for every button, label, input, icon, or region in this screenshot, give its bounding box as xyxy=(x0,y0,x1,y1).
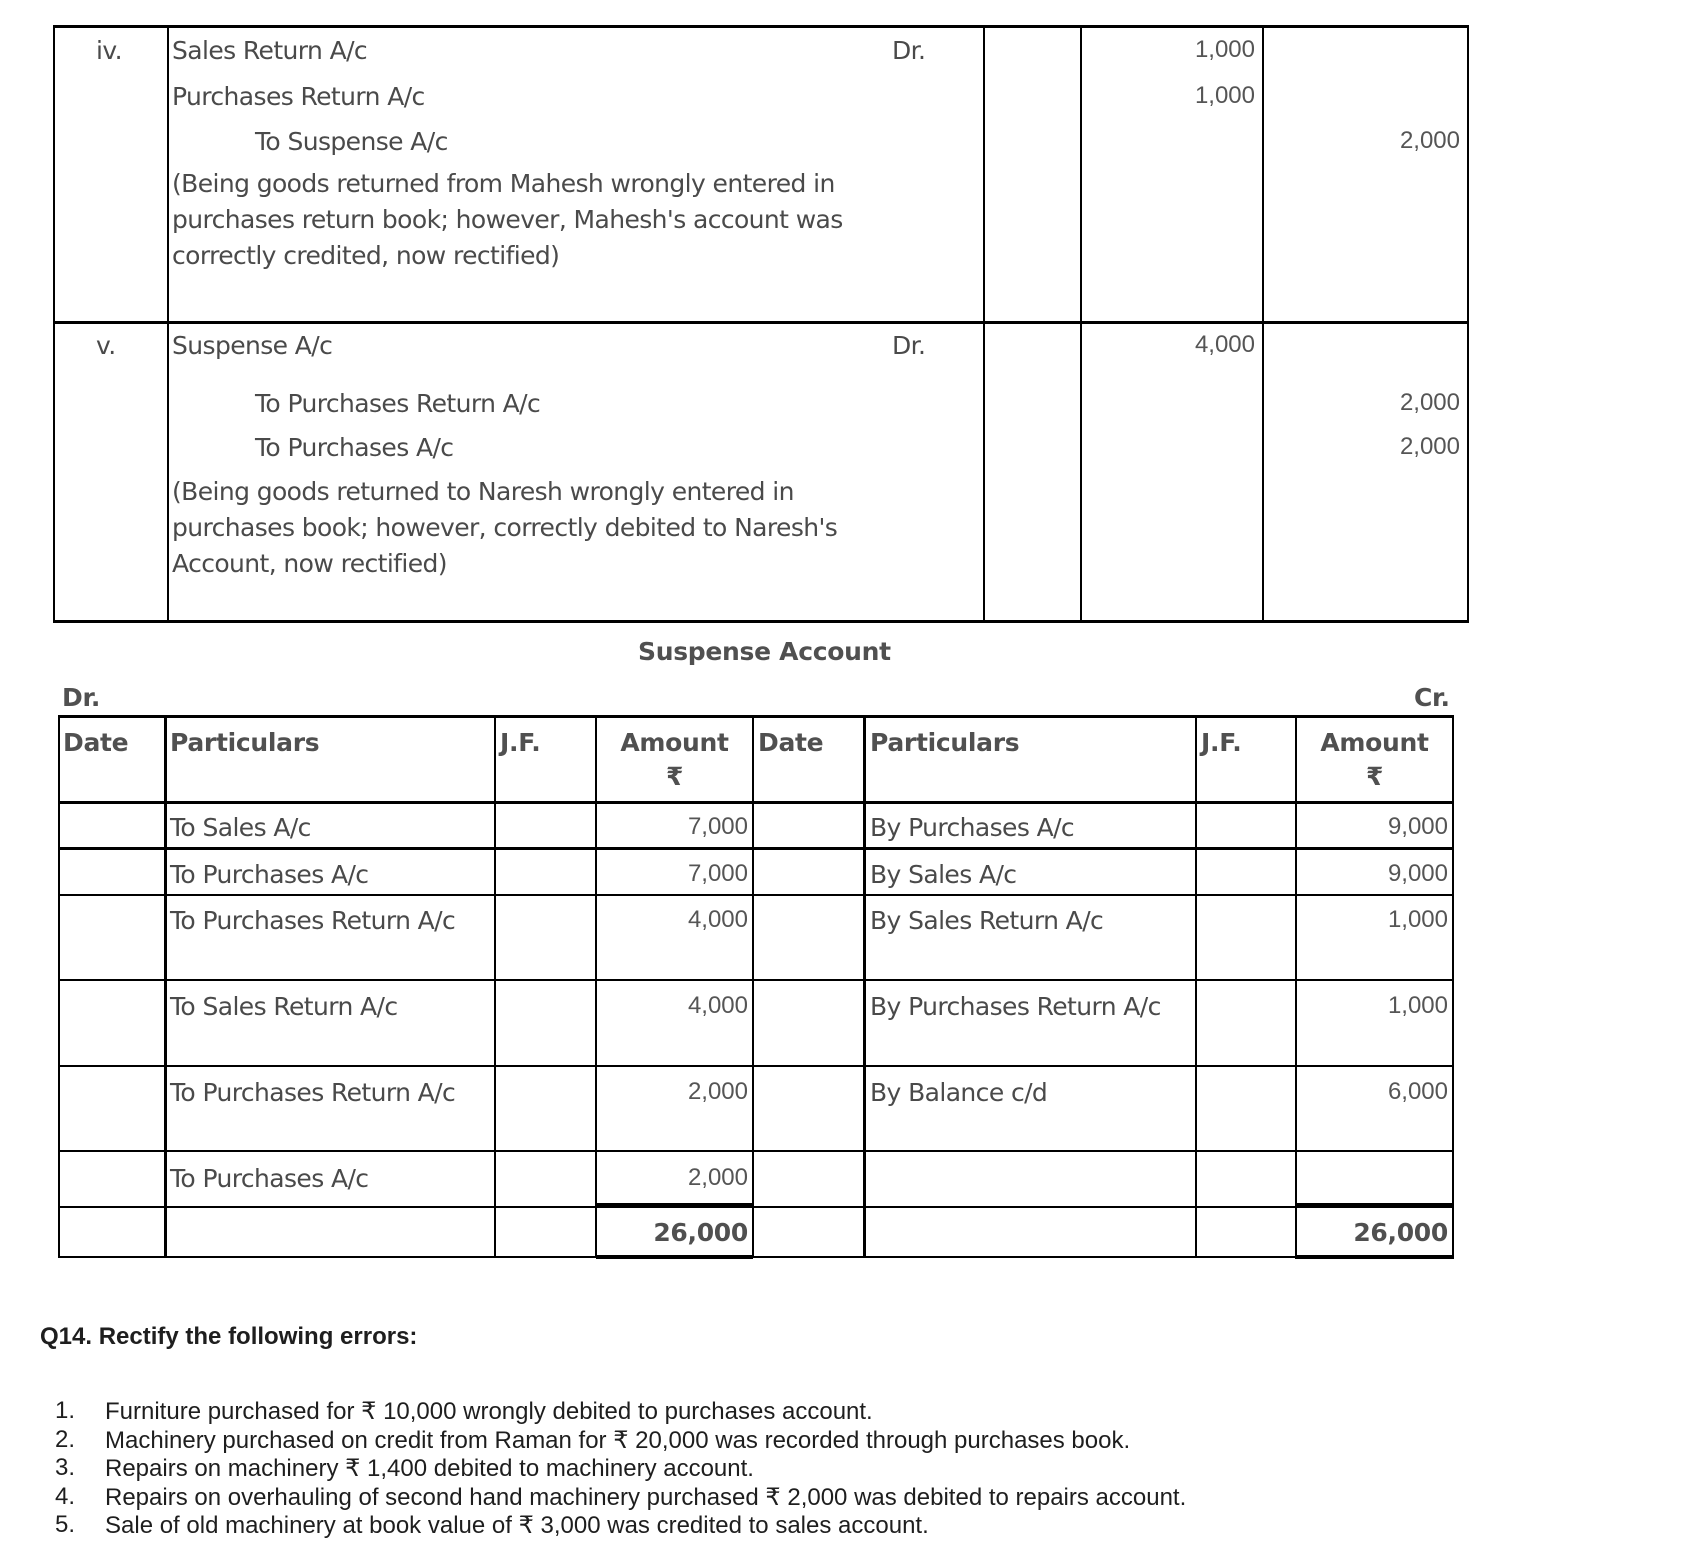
credit-particulars: By Purchases Return A/c xyxy=(870,992,1161,1021)
credit-particulars: By Sales A/c xyxy=(870,860,1016,889)
header-particulars-dr: Particulars xyxy=(170,728,319,757)
list-item: Repairs on machinery ₹ 1,400 debited to … xyxy=(105,1454,754,1483)
header-amount-cr: Amount xyxy=(1297,728,1452,757)
dr-side-label: Dr. xyxy=(62,683,100,712)
credit-amount: 6,000 xyxy=(1300,1078,1448,1106)
debit-account: Suspense A/c xyxy=(172,331,332,360)
header-particulars-cr: Particulars xyxy=(870,728,1019,757)
credit-amount: 1,000 xyxy=(1300,992,1448,1020)
debit-particulars: To Purchases A/c xyxy=(170,860,368,889)
debit-amount: 4,000 xyxy=(600,906,748,934)
debit-particulars: To Purchases Return A/c xyxy=(170,906,455,935)
ledger-title: Suspense Account xyxy=(638,637,891,666)
list-item-number: 3. xyxy=(55,1454,75,1482)
header-date-dr: Date xyxy=(63,728,128,757)
credit-amount: 9,000 xyxy=(1300,813,1448,841)
debit-amount: 7,000 xyxy=(600,813,748,841)
debit-amount: 2,000 xyxy=(600,1078,748,1106)
debit-account: Purchases Return A/c xyxy=(172,82,425,111)
narration: (Being goods returned to Naresh wrongly … xyxy=(172,474,892,582)
credit-total: 26,000 xyxy=(1300,1218,1448,1247)
credit-account: To Purchases Return A/c xyxy=(255,389,540,418)
credit-amount: 2,000 xyxy=(1270,389,1460,417)
debit-particulars: To Sales Return A/c xyxy=(170,992,398,1021)
header-jf-dr: J.F. xyxy=(500,728,541,757)
debit-account: Sales Return A/c xyxy=(172,36,367,65)
narration: (Being goods returned from Mahesh wrongl… xyxy=(172,166,892,274)
debit-total: 26,000 xyxy=(600,1218,748,1247)
list-item-number: 4. xyxy=(55,1483,75,1511)
rupee-icon: ₹ xyxy=(597,762,752,791)
credit-amount: 1,000 xyxy=(1300,906,1448,934)
entry-number: iv. xyxy=(96,36,122,65)
header-jf-cr: J.F. xyxy=(1201,728,1242,757)
list-item-number: 1. xyxy=(55,1397,75,1425)
list-item-number: 5. xyxy=(55,1511,75,1539)
debit-particulars: To Purchases A/c xyxy=(170,1164,368,1193)
credit-particulars: By Balance c/d xyxy=(870,1078,1047,1107)
debit-amount: 7,000 xyxy=(600,860,748,888)
debit-amount: 4,000 xyxy=(600,992,748,1020)
question-title: Q14. Rectify the following errors: xyxy=(40,1323,417,1351)
debit-amount: 2,000 xyxy=(600,1164,748,1192)
debit-amount: 1,000 xyxy=(1090,36,1255,64)
rupee-icon: ₹ xyxy=(1297,762,1452,791)
debit-particulars: To Purchases Return A/c xyxy=(170,1078,455,1107)
credit-amount: 2,000 xyxy=(1270,127,1460,155)
header-date-cr: Date xyxy=(758,728,823,757)
debit-particulars: To Sales A/c xyxy=(170,813,311,842)
debit-amount: 1,000 xyxy=(1090,82,1255,110)
credit-account: To Purchases A/c xyxy=(255,433,453,462)
dr-label: Dr. xyxy=(892,331,925,360)
cr-side-label: Cr. xyxy=(1414,683,1450,712)
header-amount-dr: Amount xyxy=(597,728,752,757)
list-item: Repairs on overhauling of second hand ma… xyxy=(105,1483,1186,1512)
list-item: Furniture purchased for ₹ 10,000 wrongly… xyxy=(105,1397,873,1426)
list-item: Machinery purchased on credit from Raman… xyxy=(105,1426,1130,1455)
credit-account: To Suspense A/c xyxy=(255,127,448,156)
credit-amount: 2,000 xyxy=(1270,433,1460,461)
credit-amount: 9,000 xyxy=(1300,860,1448,888)
list-item: Sale of old machinery at book value of ₹… xyxy=(105,1511,929,1540)
debit-amount: 4,000 xyxy=(1090,331,1255,359)
dr-label: Dr. xyxy=(892,36,925,65)
list-item-number: 2. xyxy=(55,1426,75,1454)
entry-number: v. xyxy=(96,331,116,360)
credit-particulars: By Sales Return A/c xyxy=(870,906,1103,935)
credit-particulars: By Purchases A/c xyxy=(870,813,1074,842)
